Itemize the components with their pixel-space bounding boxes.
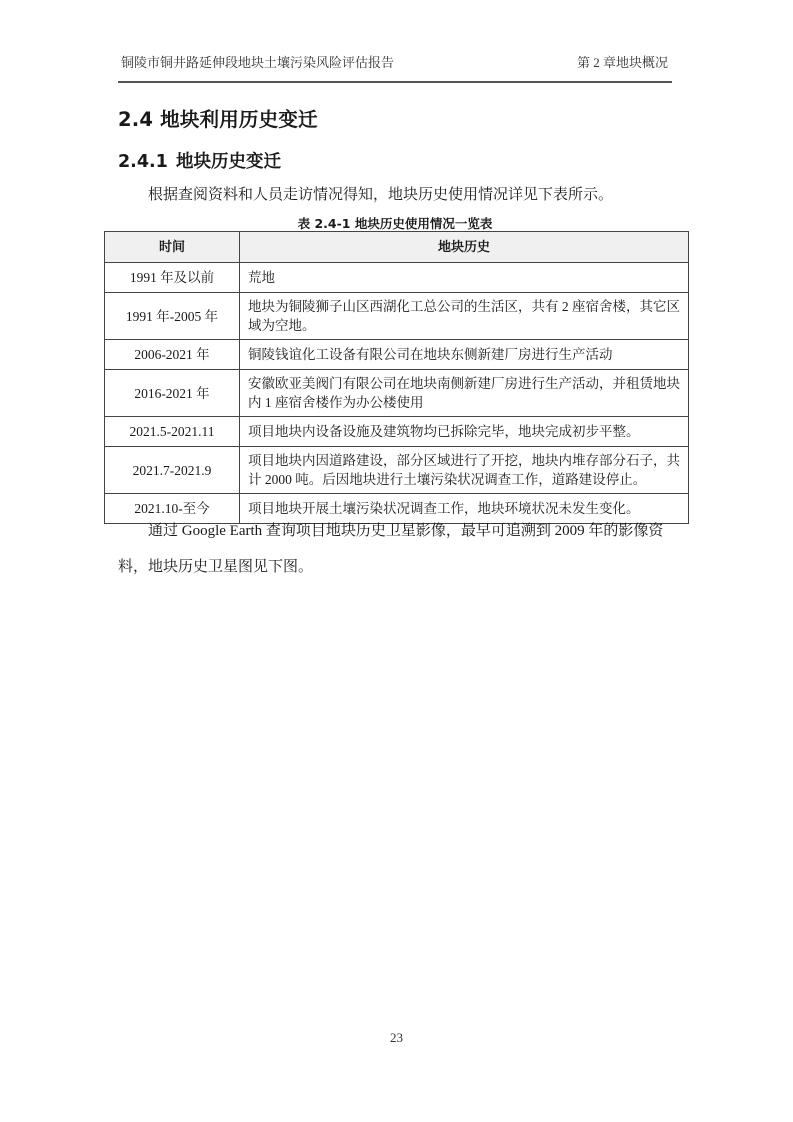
subsection-title: 2.4.1地块历史变迁 (118, 148, 281, 173)
column-header-history: 地块历史 (240, 232, 689, 263)
table-row: 1991 年及以前 荒地 (105, 263, 689, 293)
table-row: 2021.7-2021.9 项目地块内因道路建设，部分区域进行了开挖，地块内堆存… (105, 447, 689, 494)
page-number: 23 (0, 1030, 793, 1046)
subsection-number: 2.4.1 (118, 152, 176, 172)
subsection-text: 地块历史变迁 (176, 152, 281, 172)
column-header-time: 时间 (105, 232, 240, 263)
report-title: 铜陵市铜井路延伸段地块土壤污染风险评估报告 (121, 52, 394, 71)
history-cell: 铜陵钱谊化工设备有限公司在地块东侧新建厂房进行生产活动 (240, 340, 689, 370)
history-cell: 荒地 (240, 263, 689, 293)
table-row: 2006-2021 年 铜陵钱谊化工设备有限公司在地块东侧新建厂房进行生产活动 (105, 340, 689, 370)
table-row: 1991 年-2005 年 地块为铜陵狮子山区西湖化工总公司的生活区，共有 2 … (105, 293, 689, 340)
table-row: 2021.5-2021.11 项目地块内设备设施及建筑物均已拆除完毕，地块完成初… (105, 417, 689, 447)
land-history-table: 时间 地块历史 1991 年及以前 荒地 1991 年-2005 年 地块为铜陵… (104, 231, 689, 524)
chapter-label: 第 2 章地块概况 (577, 52, 668, 71)
table-header-row: 时间 地块历史 (105, 232, 689, 263)
closing-paragraph: 通过 Google Earth 查询项目地块历史卫星影像，最早可追溯到 2009… (118, 513, 672, 585)
history-cell: 项目地块内因道路建设，部分区域进行了开挖，地块内堆存部分石子，共计 2000 吨… (240, 447, 689, 494)
table-row: 2016-2021 年 安徽欧亚美阀门有限公司在地块南侧新建厂房进行生产活动，并… (105, 370, 689, 417)
header-divider (118, 81, 672, 83)
time-cell: 2006-2021 年 (105, 340, 240, 370)
history-cell: 项目地块内设备设施及建筑物均已拆除完毕，地块完成初步平整。 (240, 417, 689, 447)
time-cell: 2021.7-2021.9 (105, 447, 240, 494)
page-header: 铜陵市铜井路延伸段地块土壤污染风险评估报告 第 2 章地块概况 (118, 52, 672, 76)
time-cell: 1991 年-2005 年 (105, 293, 240, 340)
time-cell: 2016-2021 年 (105, 370, 240, 417)
history-cell: 安徽欧亚美阀门有限公司在地块南侧新建厂房进行生产活动，并租赁地块内 1 座宿舍楼… (240, 370, 689, 417)
time-cell: 1991 年及以前 (105, 263, 240, 293)
table-caption: 表 2.4-1 地块历史使用情况一览表 (118, 214, 672, 232)
time-cell: 2021.5-2021.11 (105, 417, 240, 447)
intro-paragraph: 根据查阅资料和人员走访情况得知，地块历史使用情况详见下表所示。 (118, 180, 672, 210)
history-cell: 地块为铜陵狮子山区西湖化工总公司的生活区，共有 2 座宿舍楼，其它区域为空地。 (240, 293, 689, 340)
section-title: 2.4 地块利用历史变迁 (118, 104, 318, 132)
